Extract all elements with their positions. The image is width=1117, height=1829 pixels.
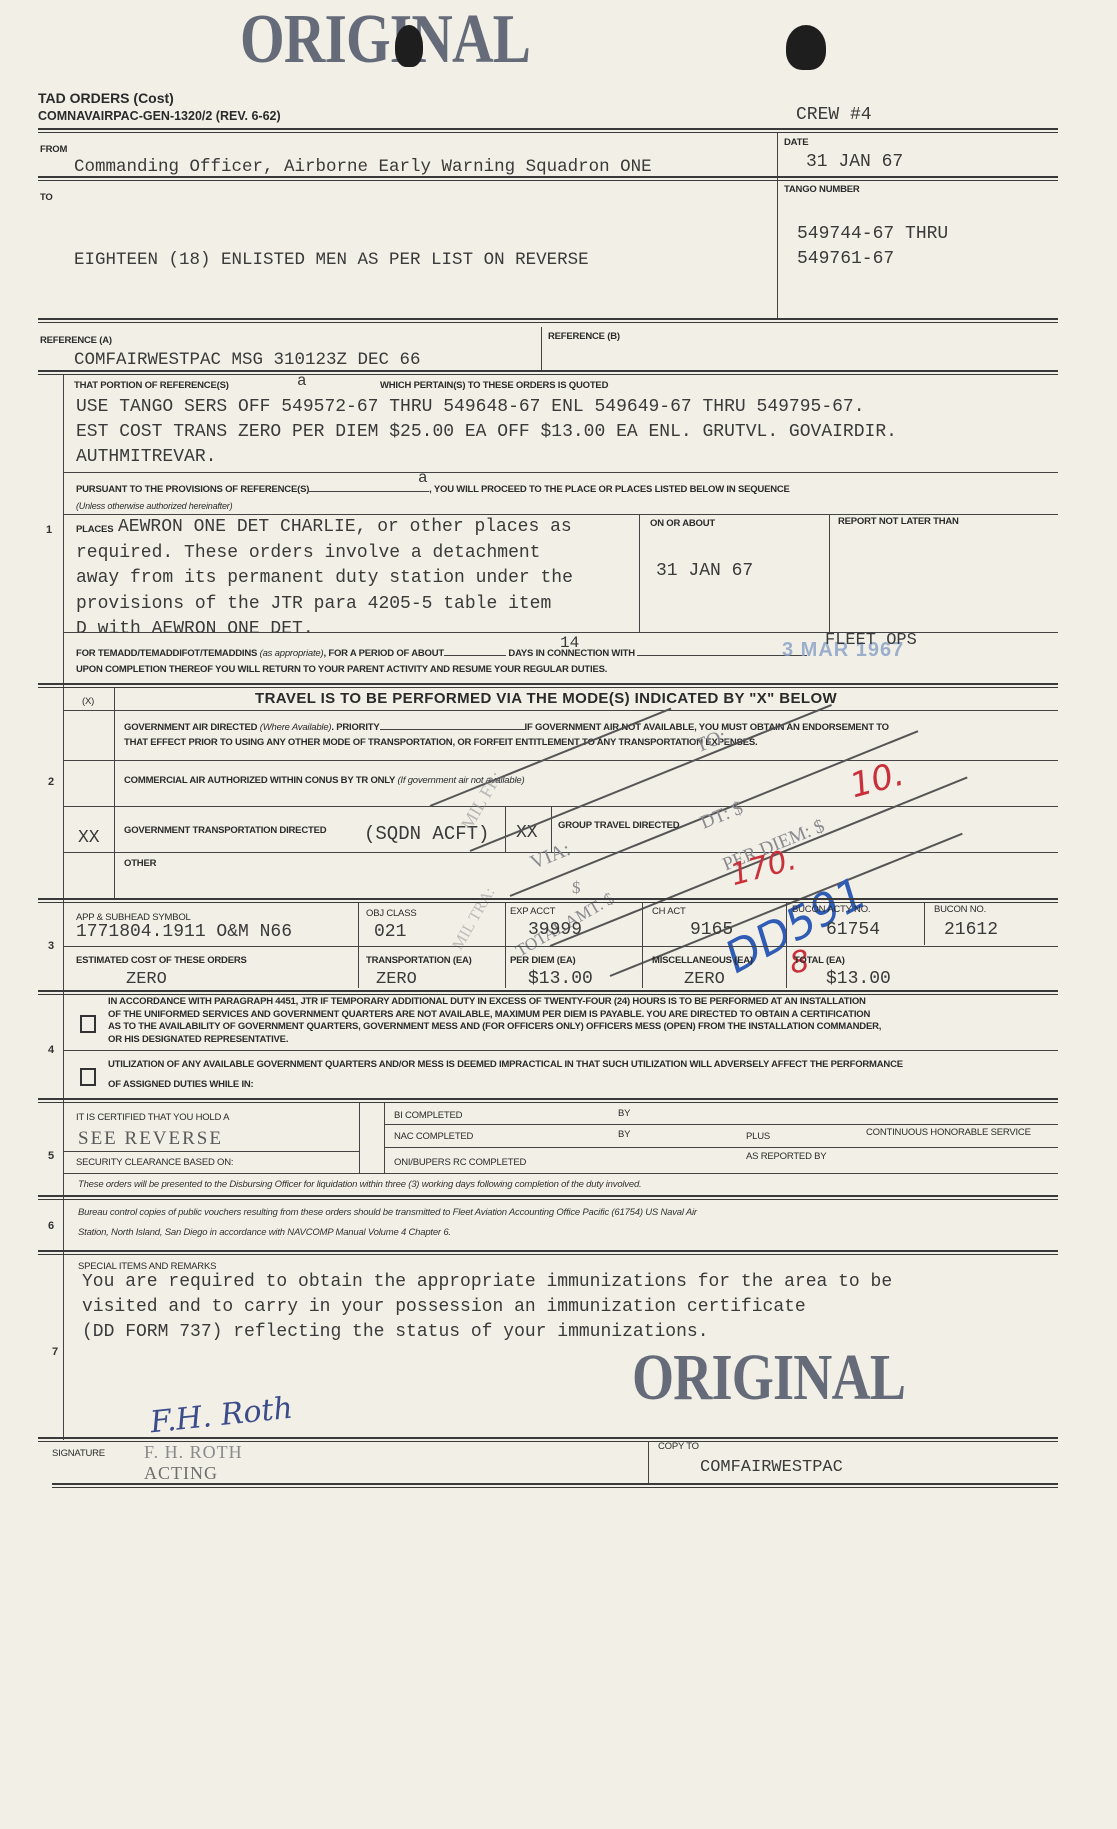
oni-bupers-label: ONI/BUPERS RC COMPLETED — [394, 1157, 526, 1168]
quoted-line-3[interactable]: AUTHMITREVAR. — [76, 447, 216, 467]
on-or-about-label: ON OR ABOUT — [650, 518, 715, 529]
original-stamp-top: ORIGINAL — [240, 0, 530, 80]
transportation-value[interactable]: ZERO — [376, 970, 417, 989]
exp-acct-value[interactable]: 39999 — [528, 920, 582, 940]
gov-trans-mark[interactable]: XX — [78, 828, 100, 848]
reference-a-label: REFERENCE (a) — [40, 335, 112, 346]
crew-number: CREW #4 — [796, 105, 872, 125]
other-label: OTHER — [124, 858, 156, 869]
form-title: TAD ORDERS (Cost) — [38, 90, 281, 106]
divider — [38, 370, 1058, 375]
section-number-3: 3 — [48, 940, 54, 952]
divider — [777, 133, 778, 320]
ch-act-label: CH ACT — [652, 906, 686, 917]
punch-hole-left — [395, 25, 423, 67]
section-rail — [63, 375, 64, 1440]
divider — [63, 1050, 1058, 1051]
section-number-4: 4 — [48, 1044, 54, 1056]
quoted-ref[interactable]: a — [297, 372, 307, 390]
temadd-note: (as appropriate) — [260, 648, 324, 659]
certified-value[interactable]: SEE REVERSE — [78, 1128, 223, 1150]
divider — [924, 903, 925, 945]
divider — [38, 128, 1058, 133]
nac-completed-label: NAC COMPLETED — [394, 1131, 473, 1142]
para1-line: OR HIS DESIGNATED REPRESENTATIVE. — [108, 1034, 881, 1047]
form-header: TAD ORDERS (Cost) COMNAVAIRPAC-GEN-1320/… — [38, 90, 281, 123]
quoted-label: THAT PORTION OF REFERENCE(S) — [74, 380, 229, 391]
as-reported-by-label: AS REPORTED BY — [746, 1151, 826, 1162]
places-line: AEWRON ONE DET CHARLIE, or other places … — [76, 515, 573, 541]
connection-value[interactable]: FLEET OPS — [825, 631, 917, 650]
divider — [541, 327, 542, 372]
quoted-line-2[interactable]: EST COST TRANS ZERO PER DIEM $25.00 EA O… — [76, 422, 897, 442]
quoted-line-1[interactable]: USE TANGO SERS OFF 549572-67 THRU 549648… — [76, 397, 865, 417]
obj-class-label: OBJ CLASS — [366, 908, 416, 919]
original-stamp-bottom: ORIGINAL — [632, 1340, 905, 1416]
divider — [384, 1147, 1058, 1148]
to-label: TO — [40, 192, 53, 203]
priority-label: . PRIORITY — [331, 722, 379, 733]
remarks-line: visited and to carry in your possession … — [82, 1295, 892, 1320]
ch-act-value[interactable]: 9165 — [690, 920, 733, 940]
date-value[interactable]: 31 JAN 67 — [806, 152, 903, 172]
temadd-pre: FOR TEMADD/TEMADDIFOT/TEMADDINS — [76, 648, 257, 659]
gov-trans-label: GOVERNMENT TRANSPORTATION DIRECTED — [124, 825, 326, 836]
divider — [384, 1103, 385, 1173]
quarters-impractical-checkbox[interactable] — [80, 1068, 96, 1086]
section6-line-2: Station, North Island, San Diego in acco… — [78, 1227, 451, 1238]
per-diem-value[interactable]: $13.00 — [528, 969, 593, 989]
est-cost-value[interactable]: ZERO — [126, 970, 167, 989]
divider — [38, 1195, 1058, 1200]
pursuant-pre: PURSUANT TO THE PROVISIONS OF REFERENCE(… — [76, 484, 309, 495]
total-label: TOTAL (ea) — [794, 955, 845, 966]
divider — [359, 1103, 360, 1173]
gov-air-note: (Where Available) — [260, 722, 332, 733]
section-number-6: 6 — [48, 1220, 54, 1232]
places-line: provisions of the JTR para 4205-5 table … — [76, 592, 573, 618]
places-line: away from its permanent duty station und… — [76, 566, 573, 592]
nac-by-label: BY — [618, 1129, 630, 1140]
para2-line: OF ASSIGNED DUTIES WHILE IN: — [108, 1075, 903, 1095]
divider — [63, 1173, 1058, 1174]
total-value[interactable]: $13.00 — [826, 969, 891, 989]
para1-line: OF THE UNIFORMED SERVICES AND GOVERNMENT… — [108, 1009, 881, 1022]
signer-title: ACTING — [144, 1463, 218, 1484]
stamp-dollar: $ — [572, 878, 581, 898]
from-value[interactable]: Commanding Officer, Airborne Early Warni… — [74, 157, 652, 177]
bi-completed-label: BI COMPLETED — [394, 1110, 462, 1121]
certified-label: IT IS CERTIFIED THAT YOU HOLD A — [76, 1112, 229, 1123]
signer-name: F. H. ROTH — [144, 1442, 243, 1463]
para1-line: AS TO THE AVAILABILITY OF GOVERNMENT QUA… — [108, 1021, 881, 1034]
remarks-line: You are required to obtain the appropria… — [82, 1270, 892, 1295]
tango-line2[interactable]: 549761-67 — [797, 249, 894, 269]
divider — [38, 683, 1058, 688]
divider — [38, 318, 1058, 323]
date-label: DATE — [784, 137, 808, 148]
x-column-header: (X) — [82, 696, 94, 707]
clearance-label: SECURITY CLEARANCE BASED ON: — [76, 1157, 233, 1168]
period-days[interactable]: 14 — [560, 634, 579, 652]
tango-label: TANGO NUMBER — [784, 184, 860, 195]
handwritten-signature: F.H. Roth — [149, 1391, 295, 1441]
divider — [38, 1250, 1058, 1255]
section4-para1: IN ACCORDANCE WITH PARAGRAPH 4451, JTR I… — [108, 996, 881, 1046]
return-text: UPON COMPLETION THEREOF YOU WILL RETURN … — [76, 664, 607, 675]
quoted-label-post: WHICH PERTAIN(S) TO THESE ORDERS IS QUOT… — [380, 380, 608, 391]
divider — [384, 1124, 1058, 1125]
divider — [829, 514, 830, 632]
bucon-acty-value[interactable]: 61754 — [826, 920, 880, 940]
punch-hole-right — [786, 25, 826, 70]
report-label: REPORT NOT LATER THAN — [838, 516, 959, 527]
copy-to-value[interactable]: COMFAIRWESTPAC — [700, 1458, 843, 1477]
divider — [648, 1441, 649, 1483]
places-line: required. These orders involve a detachm… — [76, 541, 573, 567]
exp-acct-label: EXP ACCT — [510, 906, 555, 917]
bucon-value[interactable]: 21612 — [944, 920, 998, 940]
section-number-2: 2 — [48, 776, 54, 788]
signature-label: SIGNATURE — [52, 1448, 105, 1459]
pursuant-label-pre: PURSUANT TO THE PROVISIONS OF REFERENCE(… — [76, 484, 790, 495]
handwritten-per-diem: 10. — [846, 754, 909, 807]
divider — [63, 472, 1058, 473]
pursuant-ref[interactable]: a — [418, 469, 428, 487]
bi-by-label: BY — [618, 1108, 630, 1119]
stamp-to: TO: — [692, 725, 730, 758]
places-line: D with AEWRON ONE DET. — [76, 617, 573, 643]
quoted-label-pre: THAT PORTION OF REFERENCE(S) — [74, 380, 229, 391]
continuous-service-label: CONTINUOUS HONORABLE SERVICE — [866, 1127, 1031, 1138]
stamp-dt-dollar: DT: $ — [697, 798, 746, 835]
places-block[interactable]: AEWRON ONE DET CHARLIE, or other places … — [76, 515, 573, 643]
reference-b-label: REFERENCE (b) — [548, 331, 620, 342]
miscellaneous-value[interactable]: ZERO — [684, 970, 725, 989]
obj-class-value[interactable]: 021 — [374, 922, 406, 942]
app-value[interactable]: 1771804.1911 O&M N66 — [76, 922, 292, 942]
miscellaneous-label: MISCELLANEOUS (ea) — [652, 955, 753, 966]
section-number-1: 1 — [46, 524, 52, 536]
divider — [38, 176, 1058, 181]
para1-line: IN ACCORDANCE WITH PARAGRAPH 4451, JTR I… — [108, 996, 881, 1009]
bucon-label: BUCON NO. — [934, 904, 986, 915]
divider — [639, 514, 640, 632]
stamp-mil-fr: MIL FR: — [457, 768, 507, 834]
temadd-line: FOR TEMADD/TEMADDIFOT/TEMADDINS (as appr… — [76, 648, 807, 659]
divider — [38, 898, 1058, 903]
gov-air-label: GOVERNMENT AIR DIRECTED — [124, 722, 257, 733]
divider — [63, 1151, 359, 1152]
est-cost-label: ESTIMATED COST OF THESE ORDERS — [76, 955, 247, 966]
copy-to-label: COPY TO — [658, 1441, 699, 1452]
divider — [52, 1483, 1058, 1488]
divider — [38, 1098, 1058, 1103]
to-value[interactable]: EIGHTEEN (18) ENLISTED MEN AS PER LIST O… — [74, 250, 589, 270]
divider — [38, 990, 1058, 995]
tango-line1[interactable]: 549744-67 THRU — [797, 224, 948, 244]
commercial-label: COMMERCIAL AIR AUTHORIZED WITHIN CONUS B… — [124, 775, 395, 786]
form-number: COMNAVAIRPAC-GEN-1320/2 (REV. 6-62) — [38, 109, 281, 123]
section4-para2: UTILIZATION OF ANY AVAILABLE GOVERNMENT … — [108, 1055, 903, 1095]
temadd-mid: , FOR A PERIOD OF ABOUT — [323, 648, 443, 659]
pursuant-post: , YOU WILL PROCEED TO THE PLACE OR PLACE… — [429, 484, 790, 495]
from-label: FROM — [40, 144, 67, 155]
special-remarks-text[interactable]: You are required to obtain the appropria… — [82, 1270, 892, 1345]
gov-quarters-certification-checkbox[interactable] — [80, 1015, 96, 1033]
bucon-acty-label: BUCON ACTY NO. — [792, 904, 870, 915]
section-number-5: 5 — [48, 1150, 54, 1162]
plus-label: PLUS — [746, 1131, 770, 1142]
disbursing-note: These orders will be presented to the Di… — [78, 1179, 641, 1190]
section6-line-1: Bureau control copies of public vouchers… — [78, 1207, 697, 1218]
transportation-label: TRANSPORTATION (ea) — [366, 955, 472, 966]
reference-a-value[interactable]: COMFAIRWESTPAC MSG 310123Z DEC 66 — [74, 350, 421, 370]
stamp-via: VIA: — [527, 838, 574, 875]
per-diem-label: PER DIEM (ea) — [510, 955, 576, 966]
x-column-divider — [114, 688, 115, 900]
divider — [63, 946, 1058, 947]
pursuant-note: (Unless otherwise authorized hereinafter… — [76, 500, 306, 513]
on-or-about-value[interactable]: 31 JAN 67 — [656, 561, 753, 581]
section-number-7: 7 — [52, 1346, 58, 1358]
para2-line: UTILIZATION OF ANY AVAILABLE GOVERNMENT … — [108, 1055, 903, 1075]
stamp-mil-tra: MIL TRA: — [449, 885, 499, 954]
